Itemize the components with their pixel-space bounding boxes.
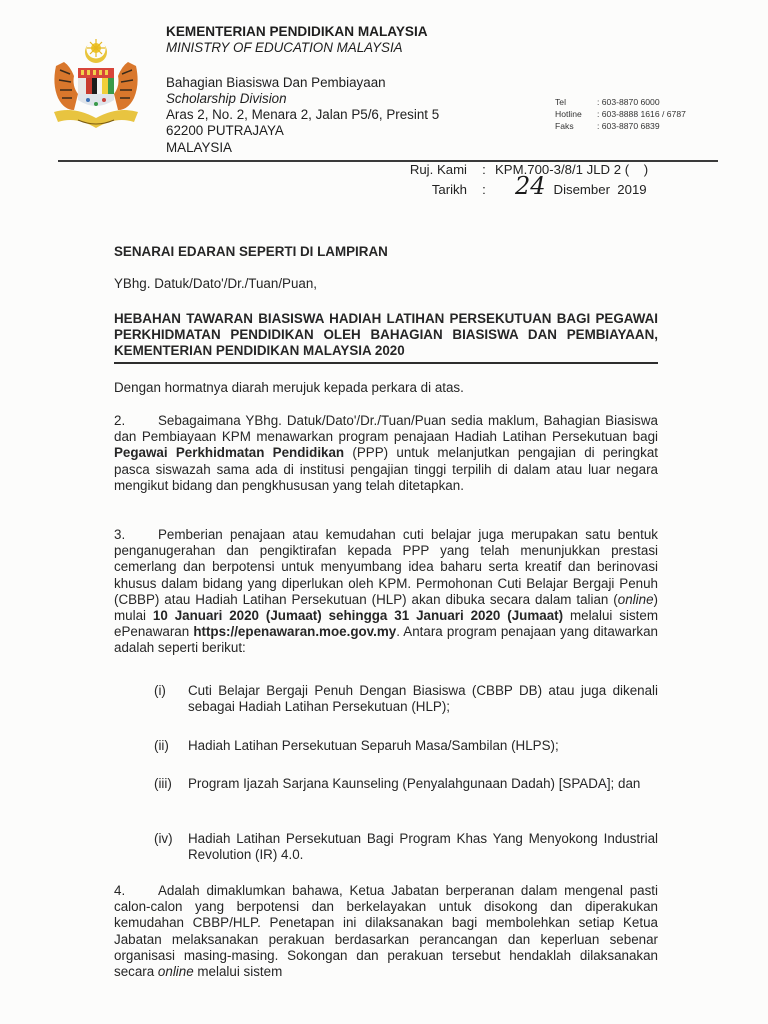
address-line-2: 62200 PUTRAJAYA xyxy=(166,123,439,139)
program-item: (iii)Program Ijazah Sarjana Kaunseling (… xyxy=(154,776,658,792)
division-name-ms: Bahagian Biasiswa Dan Pembiayaan xyxy=(166,75,439,91)
program-item: (iv)Hadiah Latihan Persekutuan Bagi Prog… xyxy=(154,831,658,863)
subject-underline xyxy=(114,362,658,364)
epenawaran-link[interactable]: https://epenawaran.moe.gov.my xyxy=(193,624,396,639)
subject-title: HEBAHAN TAWARAN BIASISWA HADIAH LATIHAN … xyxy=(114,311,658,360)
letter-page: KEMENTERIAN PENDIDIKAN MALAYSIA MINISTRY… xyxy=(0,0,768,1024)
salutation: YBhg. Datuk/Dato'/Dr./Tuan/Puan, xyxy=(114,276,658,292)
letter-date: Tarikh : 24 Disember 2019 xyxy=(400,178,648,198)
address-line-3: MALAYSIA xyxy=(166,140,439,156)
program-item: (ii)Hadiah Latihan Persekutuan Separuh M… xyxy=(154,738,658,754)
letterhead: KEMENTERIAN PENDIDIKAN MALAYSIA MINISTRY… xyxy=(166,24,439,156)
distribution-list-heading: SENARAI EDARAN SEPERTI DI LAMPIRAN xyxy=(114,244,658,260)
program-item: (i)Cuti Belajar Bergaji Penuh Dengan Bia… xyxy=(154,683,658,715)
paragraph-4: 4.Adalah dimaklumkan bahawa, Ketua Jabat… xyxy=(114,883,658,980)
address-line-1: Aras 2, No. 2, Menara 2, Jalan P5/6, Pre… xyxy=(166,107,439,123)
division-name-en: Scholarship Division xyxy=(166,91,439,107)
reference-block: Ruj. Kami : KPM.700-3/8/1 JLD 2 ( ) Tari… xyxy=(400,161,648,198)
opening-line: Dengan hormatnya diarah merujuk kepada p… xyxy=(114,380,658,396)
malaysia-coat-of-arms-icon xyxy=(50,36,142,132)
paragraph-3: 3.Pemberian penajaan atau kemudahan cuti… xyxy=(114,527,658,657)
paragraph-2: 2.Sebagaimana YBhg. Datuk/Dato'/Dr./Tuan… xyxy=(114,413,658,494)
handwritten-day: 24 xyxy=(515,178,546,195)
contact-hotline: Hotline : 603-8888 1616 / 6787 xyxy=(555,108,686,120)
contact-tel: Tel : 603-8870 6000 xyxy=(555,96,686,108)
contact-fax: Faks : 603-8870 6839 xyxy=(555,120,686,132)
ministry-name-ms: KEMENTERIAN PENDIDIKAN MALAYSIA xyxy=(166,24,439,40)
ministry-name-en: MINISTRY OF EDUCATION MALAYSIA xyxy=(166,40,439,56)
contact-block: Tel : 603-8870 6000 Hotline : 603-8888 1… xyxy=(555,96,686,132)
